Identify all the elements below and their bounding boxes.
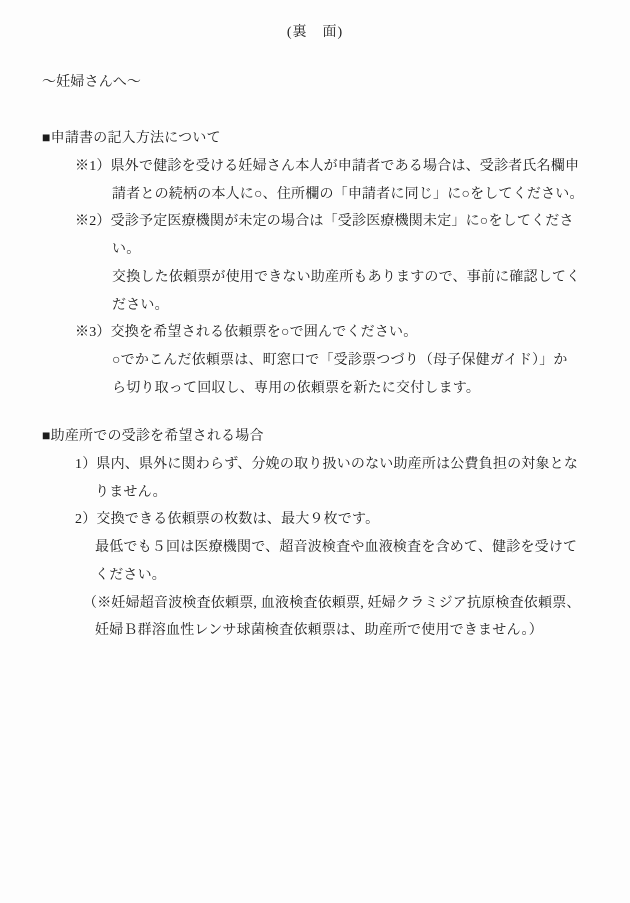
text-line: 請者との続柄の本人に○、住所欄の「申請者に同じ」に○をしてください。 [112, 186, 584, 203]
text-line: ださい。 [112, 297, 169, 314]
section-heading-application: ■申請書の記入方法について [42, 130, 221, 147]
text-line: 最低でも５回は医療機関で、超音波検査や血液検査を含めて、健診を受けて [95, 539, 577, 556]
text-line: 1）県内、県外に関わらず、分娩の取り扱いのない助産所は公費負担の対象とな [75, 456, 578, 473]
text-line: りません。 [95, 484, 167, 501]
text-line: い。 [112, 241, 140, 258]
text-line: ※3）交換を希望される依頼票を○で囲んでください。 [75, 324, 417, 341]
salutation-line: ～妊婦さんへ～ [42, 74, 141, 91]
text-line: ら切り取って回収し、専用の依頼票を新たに交付します。 [112, 380, 480, 397]
document-page: (裏 面) ～妊婦さんへ～ ■申請書の記入方法について ※1）県外で健診を受ける… [0, 0, 630, 903]
text-line: ください。 [95, 567, 166, 584]
text-line: ※2）受診予定医療機関が未定の場合は「受診医療機関未定」に○をしてくださ [75, 213, 574, 230]
text-line: 2）交換できる依頼票の枚数は、最大９枚です。 [75, 511, 379, 528]
text-line: ○でかこんだ依頼票は、町窓口で「受診票つづり（母子保健ガイド）」か [112, 352, 568, 369]
text-line: ※1）県外で健診を受ける妊婦さん本人が申請者である場合は、受診者氏名欄申 [75, 158, 579, 175]
text-line: 交換した依頼票が使用できない助産所もありますので、事前に確認してく [112, 269, 580, 286]
section-heading-midwifery: ■助産所での受診を希望される場合 [42, 428, 264, 445]
text-line: （※妊婦超音波検査依頼票, 血液検査依頼票, 妊婦クラミジア抗原検査依頼票、 [83, 595, 581, 612]
page-side-label: (裏 面) [0, 24, 630, 41]
text-line: 妊婦Ｂ群溶血性レンサ球菌検査依頼票は、助産所で使用できません。） [95, 622, 543, 639]
